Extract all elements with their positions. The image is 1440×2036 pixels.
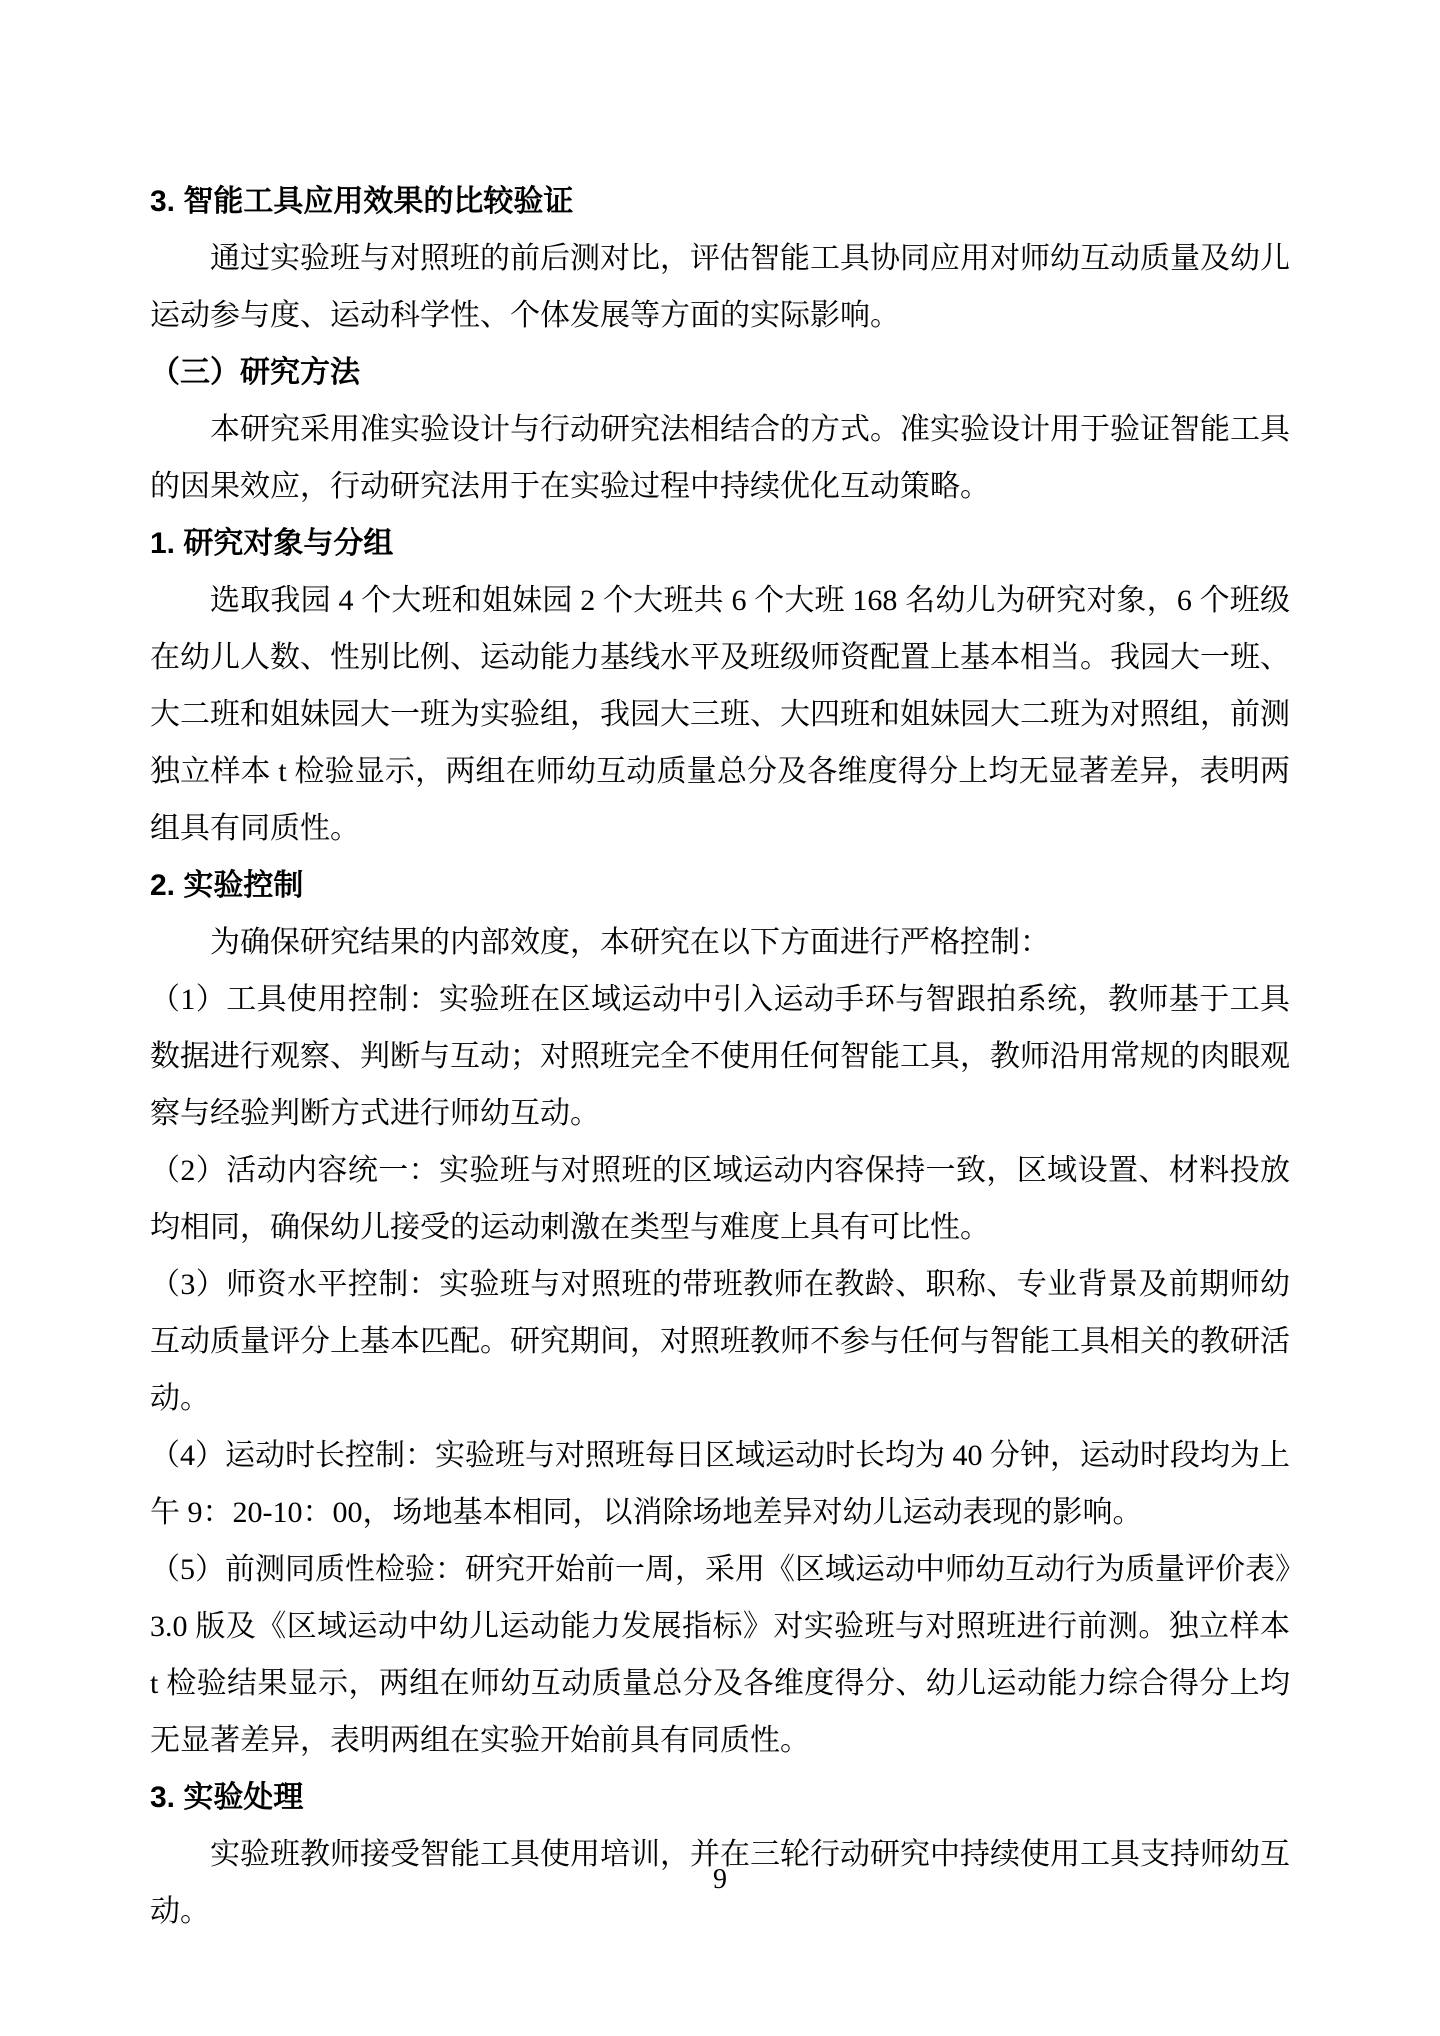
list-item-teacher-level: （3）师资水平控制：实验班与对照班的带班教师在教龄、职称、专业背景及前期师幼互动… [150,1256,1290,1427]
heading-research-methods: （三）研究方法 [150,344,1290,401]
heading-subjects-grouping: 1. 研究对象与分组 [150,515,1290,572]
paragraph-research-design: 本研究采用准实验设计与行动研究法相结合的方式。准实验设计用于验证智能工具的因果效… [150,401,1290,515]
document-body: 3. 智能工具应用效果的比较验证 通过实验班与对照班的前后测对比，评估智能工具协… [150,173,1290,1940]
heading-experiment-control: 2. 实验控制 [150,857,1290,914]
list-item-pretest-homogeneity: （5）前测同质性检验：研究开始前一周，采用《区域运动中师幼互动行为质量评价表》3… [150,1541,1290,1769]
document-page: 3. 智能工具应用效果的比较验证 通过实验班与对照班的前后测对比，评估智能工具协… [0,0,1440,2036]
paragraph-tool-effect-comparison: 通过实验班与对照班的前后测对比，评估智能工具协同应用对师幼互动质量及幼儿运动参与… [150,230,1290,344]
heading-tool-effect-comparison: 3. 智能工具应用效果的比较验证 [150,173,1290,230]
page-number: 9 [0,1851,1440,1908]
list-item-tool-use-control: （1）工具使用控制：实验班在区域运动中引入运动手环与智跟拍系统，教师基于工具数据… [150,971,1290,1142]
heading-experiment-treatment: 3. 实验处理 [150,1769,1290,1826]
paragraph-control-intro: 为确保研究结果的内部效度，本研究在以下方面进行严格控制： [150,914,1290,971]
list-item-duration-control: （4）运动时长控制：实验班与对照班每日区域运动时长均为 40 分钟，运动时段均为… [150,1427,1290,1541]
list-item-activity-content: （2）活动内容统一：实验班与对照班的区域运动内容保持一致，区域设置、材料投放均相… [150,1142,1290,1256]
paragraph-subjects-grouping: 选取我园 4 个大班和姐妹园 2 个大班共 6 个大班 168 名幼儿为研究对象… [150,572,1290,857]
